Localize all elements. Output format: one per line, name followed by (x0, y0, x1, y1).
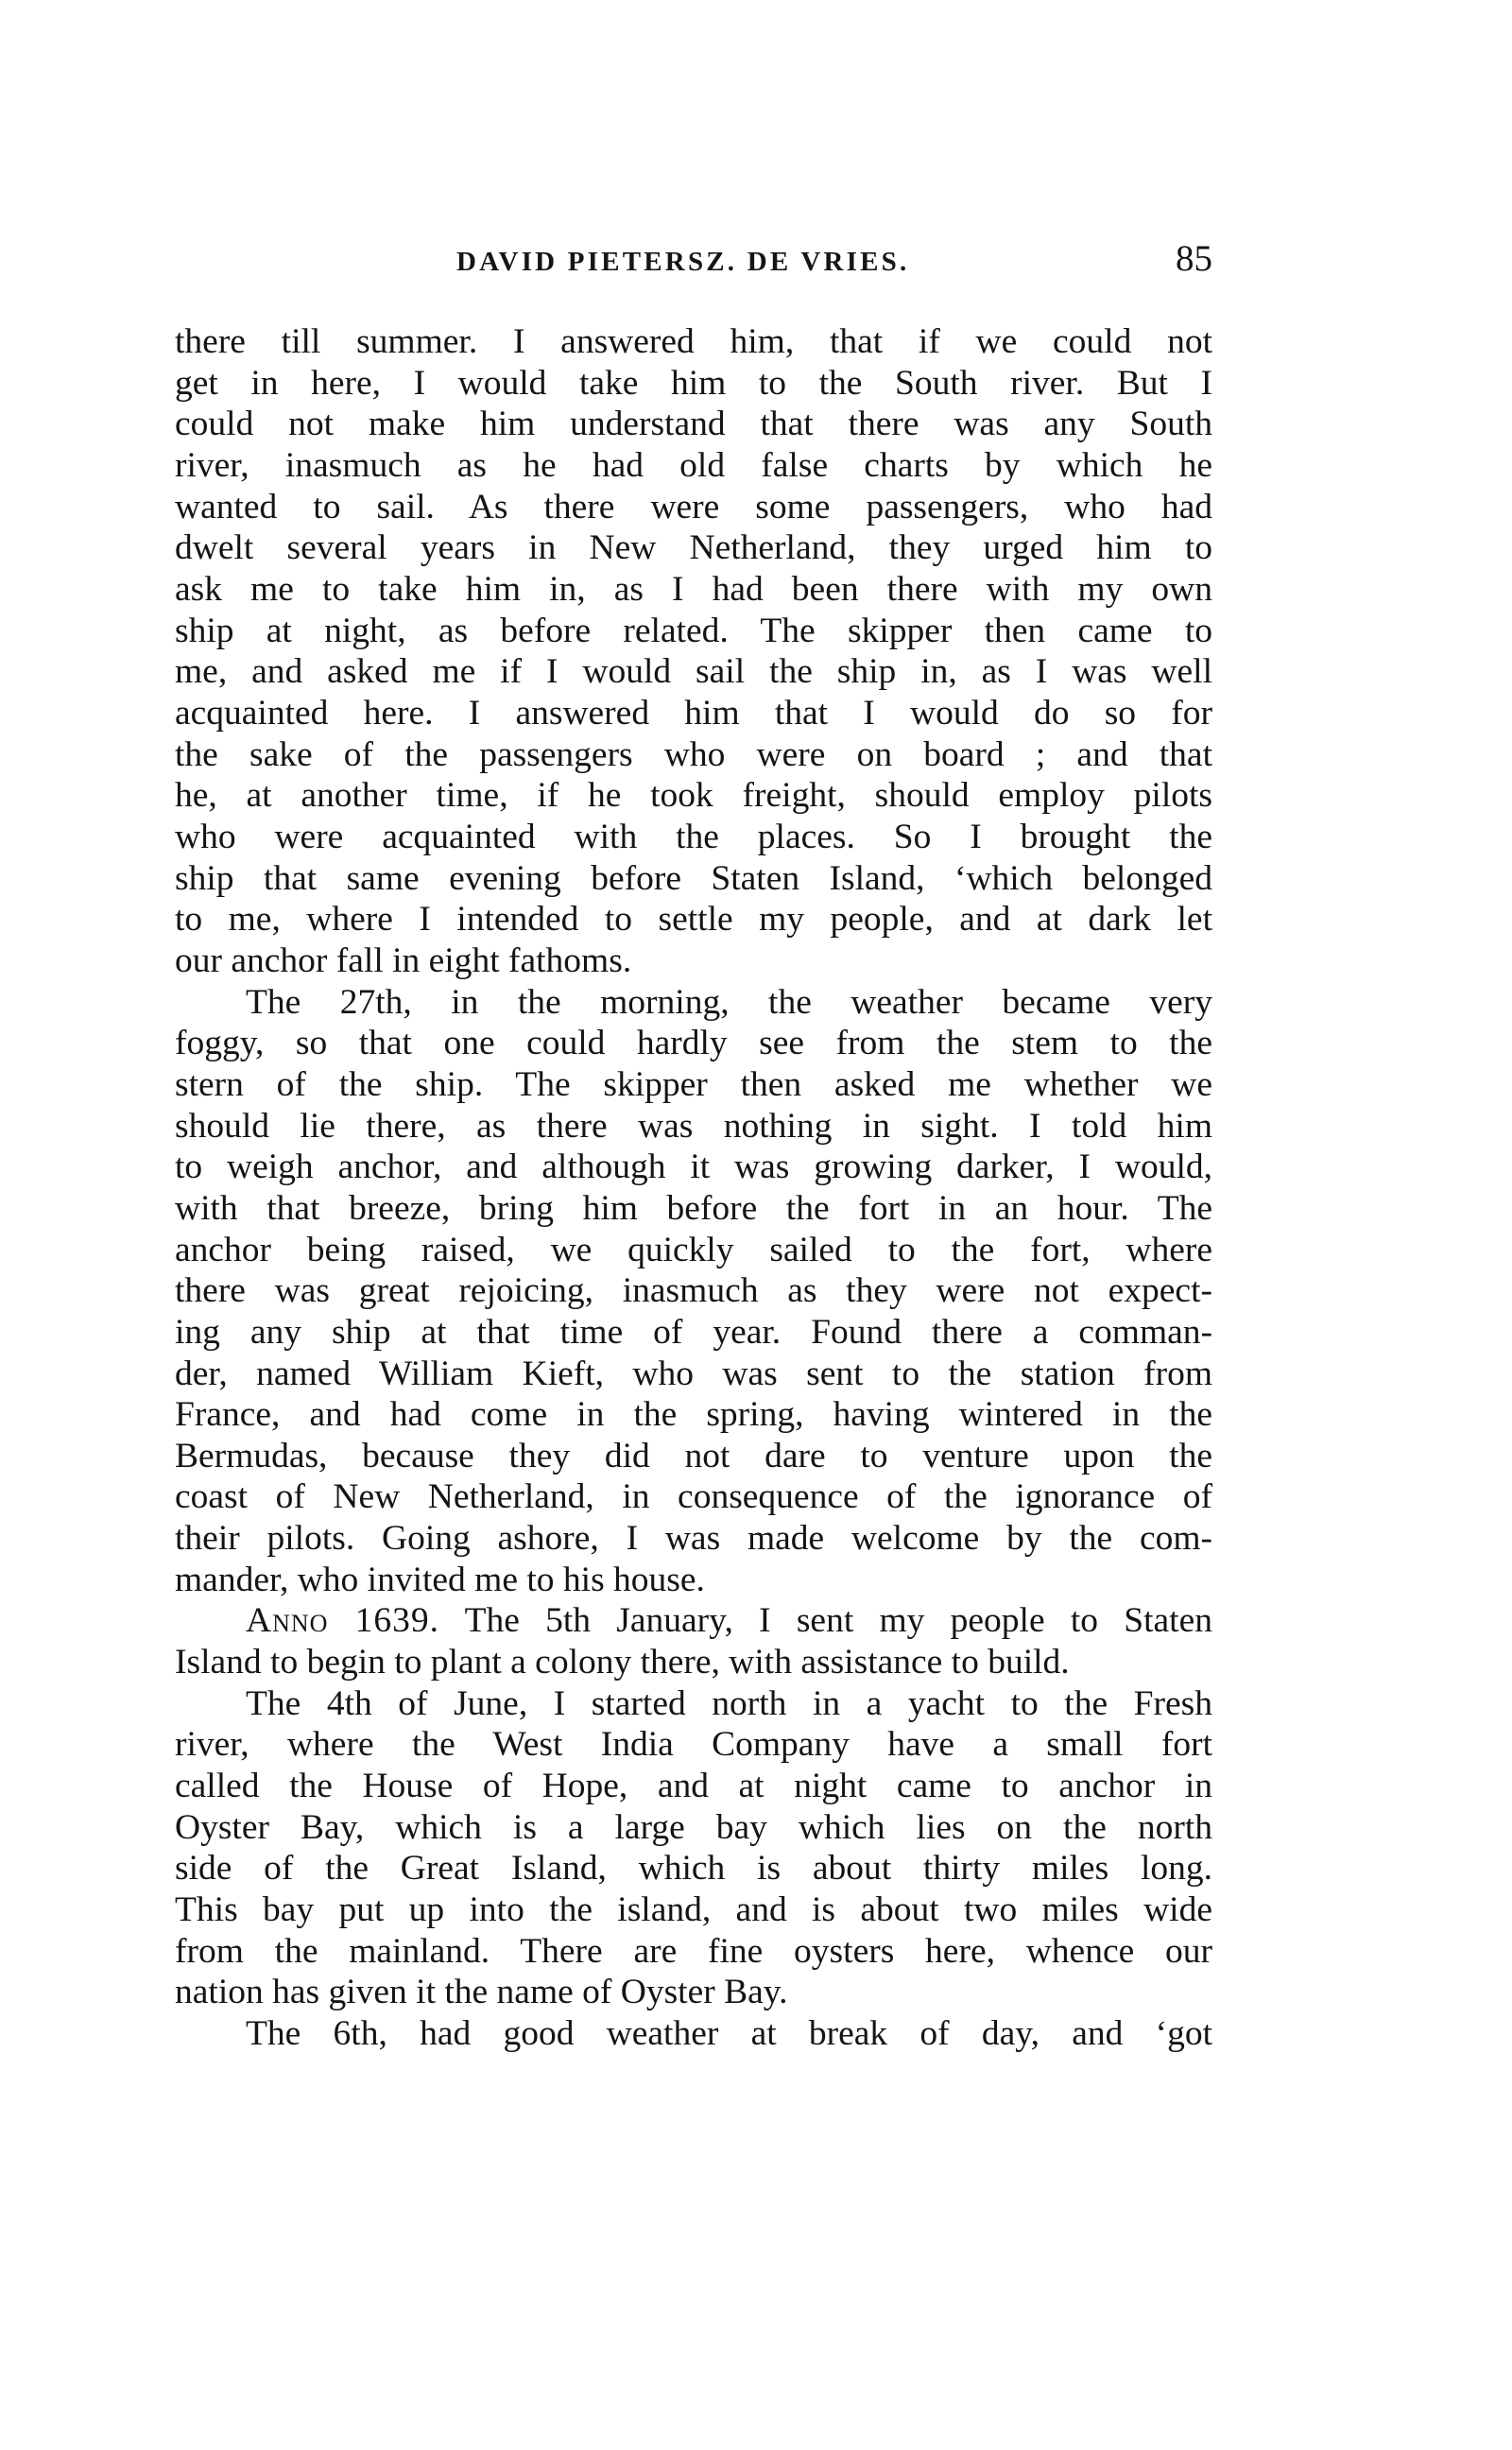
text-line: nation has given it the name of Oyster B… (175, 1972, 1212, 2013)
text-line: ship at night, as before related. The sk… (175, 611, 1212, 652)
text-line: there was great rejoicing, inasmuch as t… (175, 1270, 1212, 1312)
text-line: our anchor fall in eight fathoms. (175, 940, 1212, 982)
text-line: ask me to take him in, as I had been the… (175, 569, 1212, 611)
text-line: der, named William Kieft, who was sent t… (175, 1354, 1212, 1395)
text-line: me, and asked me if I would sail the shi… (175, 651, 1212, 693)
text-line: mander, who invited me to his house. (175, 1560, 1212, 1601)
text-line: to weigh anchor, and although it was gro… (175, 1147, 1212, 1188)
book-page: DAVID PIETERSZ. DE VRIES. 85 there till … (0, 0, 1512, 2450)
text-line: foggy, so that one could hardly see from… (175, 1023, 1212, 1064)
text-line: there till summer. I answered him, that … (175, 321, 1212, 363)
text-line: The 4th of June, I started north in a ya… (175, 1683, 1212, 1725)
text-line: from the mainland. There are fine oyster… (175, 1931, 1212, 1973)
text-line: This bay put up into the island, and is … (175, 1889, 1212, 1931)
text-line: the sake of the passengers who were on b… (175, 734, 1212, 776)
text-line: river, inasmuch as he had old false char… (175, 445, 1212, 487)
text-line: The 6th, had good weather at break of da… (175, 2013, 1212, 2055)
text-line: France, and had come in the spring, havi… (175, 1394, 1212, 1436)
text-line: Anno 1639. The 5th January, I sent my pe… (175, 1600, 1212, 1642)
text-line: Oyster Bay, which is a large bay which l… (175, 1807, 1212, 1849)
text-line: coast of New Netherland, in consequence … (175, 1476, 1212, 1518)
text-line: their pilots. Going ashore, I was made w… (175, 1518, 1212, 1560)
text-line: Bermudas, because they did not dare to v… (175, 1436, 1212, 1477)
text-line: could not make him understand that there… (175, 404, 1212, 445)
text-line: dwelt several years in New Netherland, t… (175, 527, 1212, 569)
text-line: side of the Great Island, which is about… (175, 1848, 1212, 1889)
year-heading: Anno 1639. (246, 1601, 439, 1640)
text-line: with that breeze, bring him before the f… (175, 1188, 1212, 1230)
text-line: ship that same evening before Staten Isl… (175, 858, 1212, 900)
text-line: who were acquainted with the places. So … (175, 817, 1212, 858)
text-line: river, where the West India Company have… (175, 1724, 1212, 1766)
text-line: get in here, I would take him to the Sou… (175, 363, 1212, 405)
text-line: wanted to sail. As there were some passe… (175, 487, 1212, 528)
text-line: to me, where I intended to settle my peo… (175, 899, 1212, 940)
text-line: Island to begin to plant a colony there,… (175, 1642, 1212, 1683)
text-line: he, at another time, if he took freight,… (175, 775, 1212, 817)
text-line: acquainted here. I answered him that I w… (175, 693, 1212, 734)
text-line: anchor being raised, we quickly sailed t… (175, 1230, 1212, 1271)
text-line: should lie there, as there was nothing i… (175, 1106, 1212, 1147)
text-line: ing any ship at that time of year. Found… (175, 1312, 1212, 1354)
text-line: called the House of Hope, and at night c… (175, 1766, 1212, 1807)
text-line: stern of the ship. The skipper then aske… (175, 1064, 1212, 1106)
page-number: 85 (1115, 238, 1212, 280)
running-title: DAVID PIETERSZ. DE VRIES. (456, 245, 938, 279)
text-line: The 27th, in the morning, the weather be… (175, 982, 1212, 1024)
